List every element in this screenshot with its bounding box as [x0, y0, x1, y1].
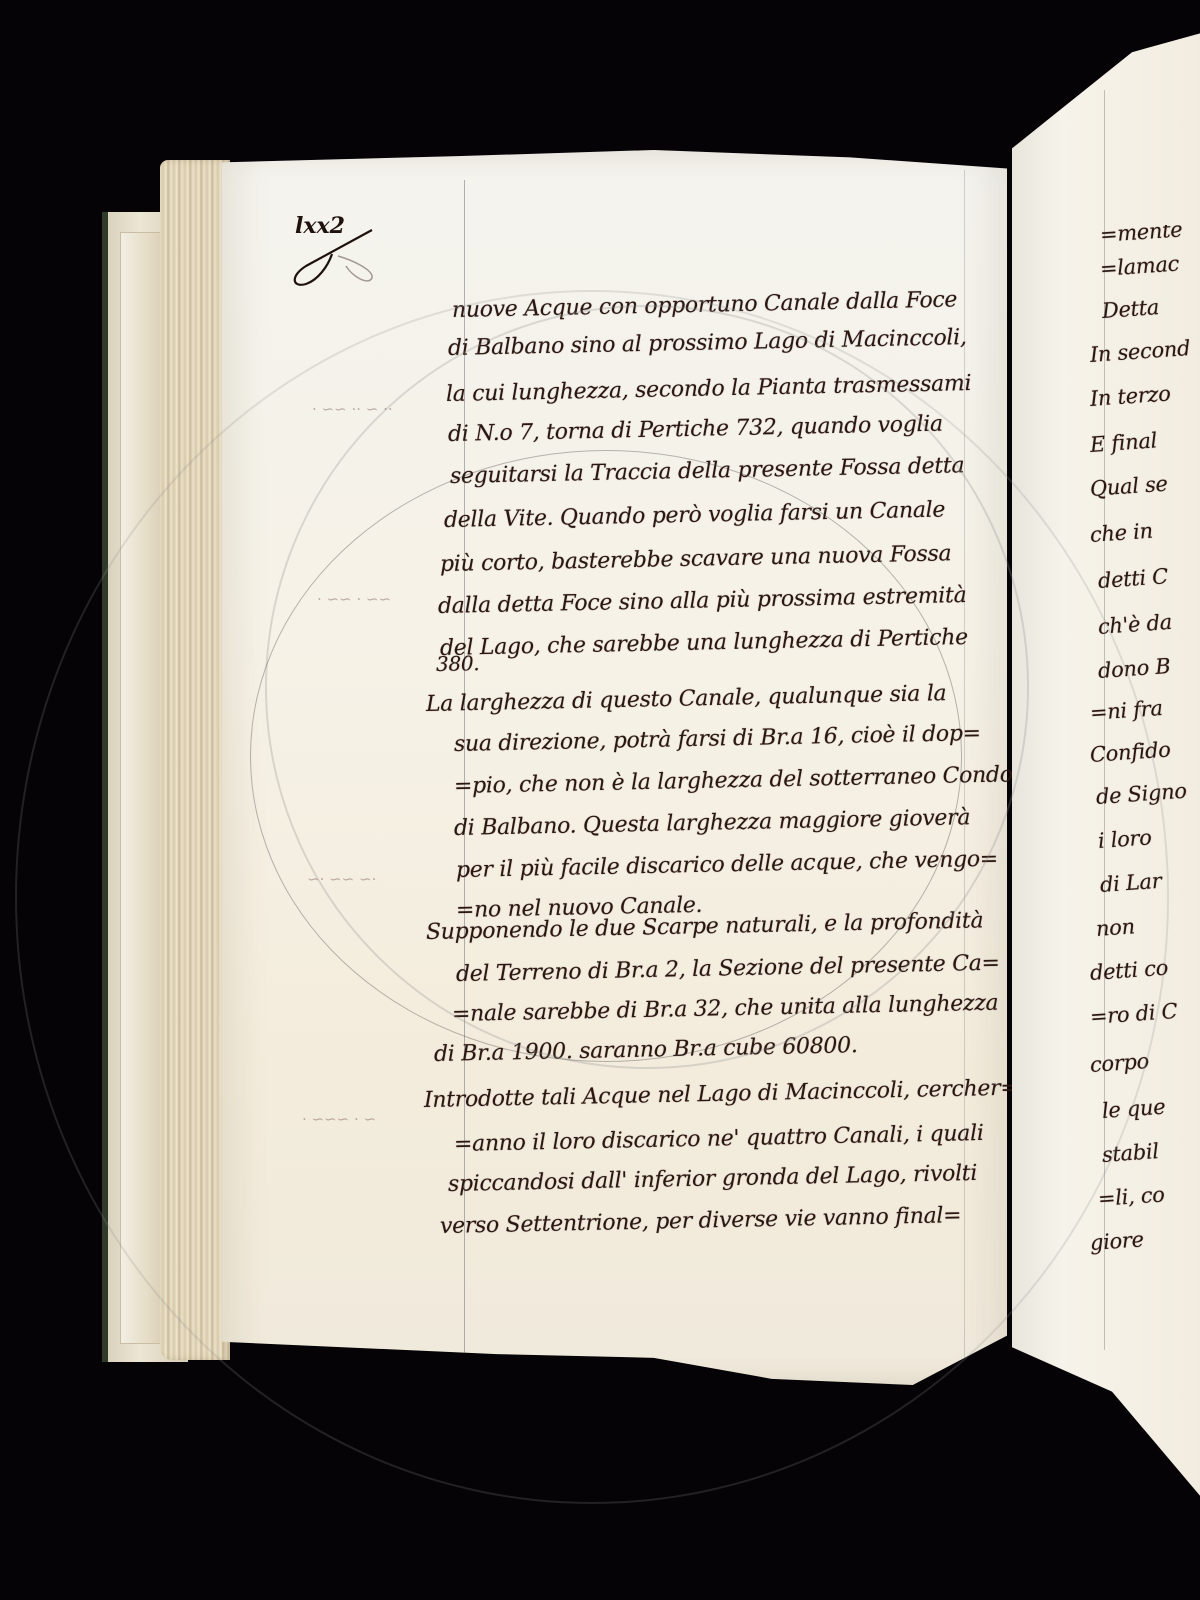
text-line: non [1095, 916, 1135, 940]
folio-flourish-icon [288, 226, 378, 290]
text-line: Qual se [1090, 474, 1168, 500]
text-line: In terzo [1090, 383, 1171, 410]
text-line: le que [1101, 1097, 1166, 1122]
text-line: i loro [1097, 827, 1152, 852]
text-line: de Signo [1095, 781, 1187, 808]
text-line: =li, co [1097, 1184, 1165, 1210]
bleed-through-text: ~ · ~~~ · [302, 1110, 376, 1128]
open-manuscript-book: ·· ~ ·· ~~ · ~~ · ~~ · ·~ ~~ ·~ ~ · ~~~ … [0, 0, 1200, 1600]
text-line: ch'è da [1097, 612, 1172, 638]
right-page-text-block: =mente =lamac Detta In second In terzo E… [1090, 225, 1200, 1305]
text-line: detti C [1097, 566, 1168, 592]
text-line: giore [1090, 1229, 1144, 1254]
text-line: 380. [436, 653, 480, 674]
text-line: di Lar [1099, 871, 1162, 896]
text-line: Detta [1101, 297, 1159, 322]
text-line: In second [1090, 338, 1191, 366]
bleed-through-text: ·~ ~~ ·~ [307, 870, 376, 888]
bleed-through-text: ~~ · ~~ · [317, 590, 391, 608]
text-line: corpo [1090, 1051, 1150, 1076]
text-line: =lamac [1099, 253, 1180, 279]
bleed-through-text: ·· ~ ·· ~~ · [312, 400, 393, 418]
text-line: detti co [1090, 958, 1169, 984]
text-line: =ro di C [1090, 1001, 1178, 1028]
text-line: dono B [1097, 656, 1171, 682]
text-line: stabil [1101, 1141, 1159, 1166]
text-line: E final [1090, 430, 1158, 456]
page-edges-stack [160, 160, 230, 1360]
text-line: che in [1090, 521, 1153, 546]
text-line: =ni fra [1090, 698, 1163, 724]
text-line: Confido [1090, 739, 1171, 766]
text-line: =mente [1099, 225, 1183, 246]
